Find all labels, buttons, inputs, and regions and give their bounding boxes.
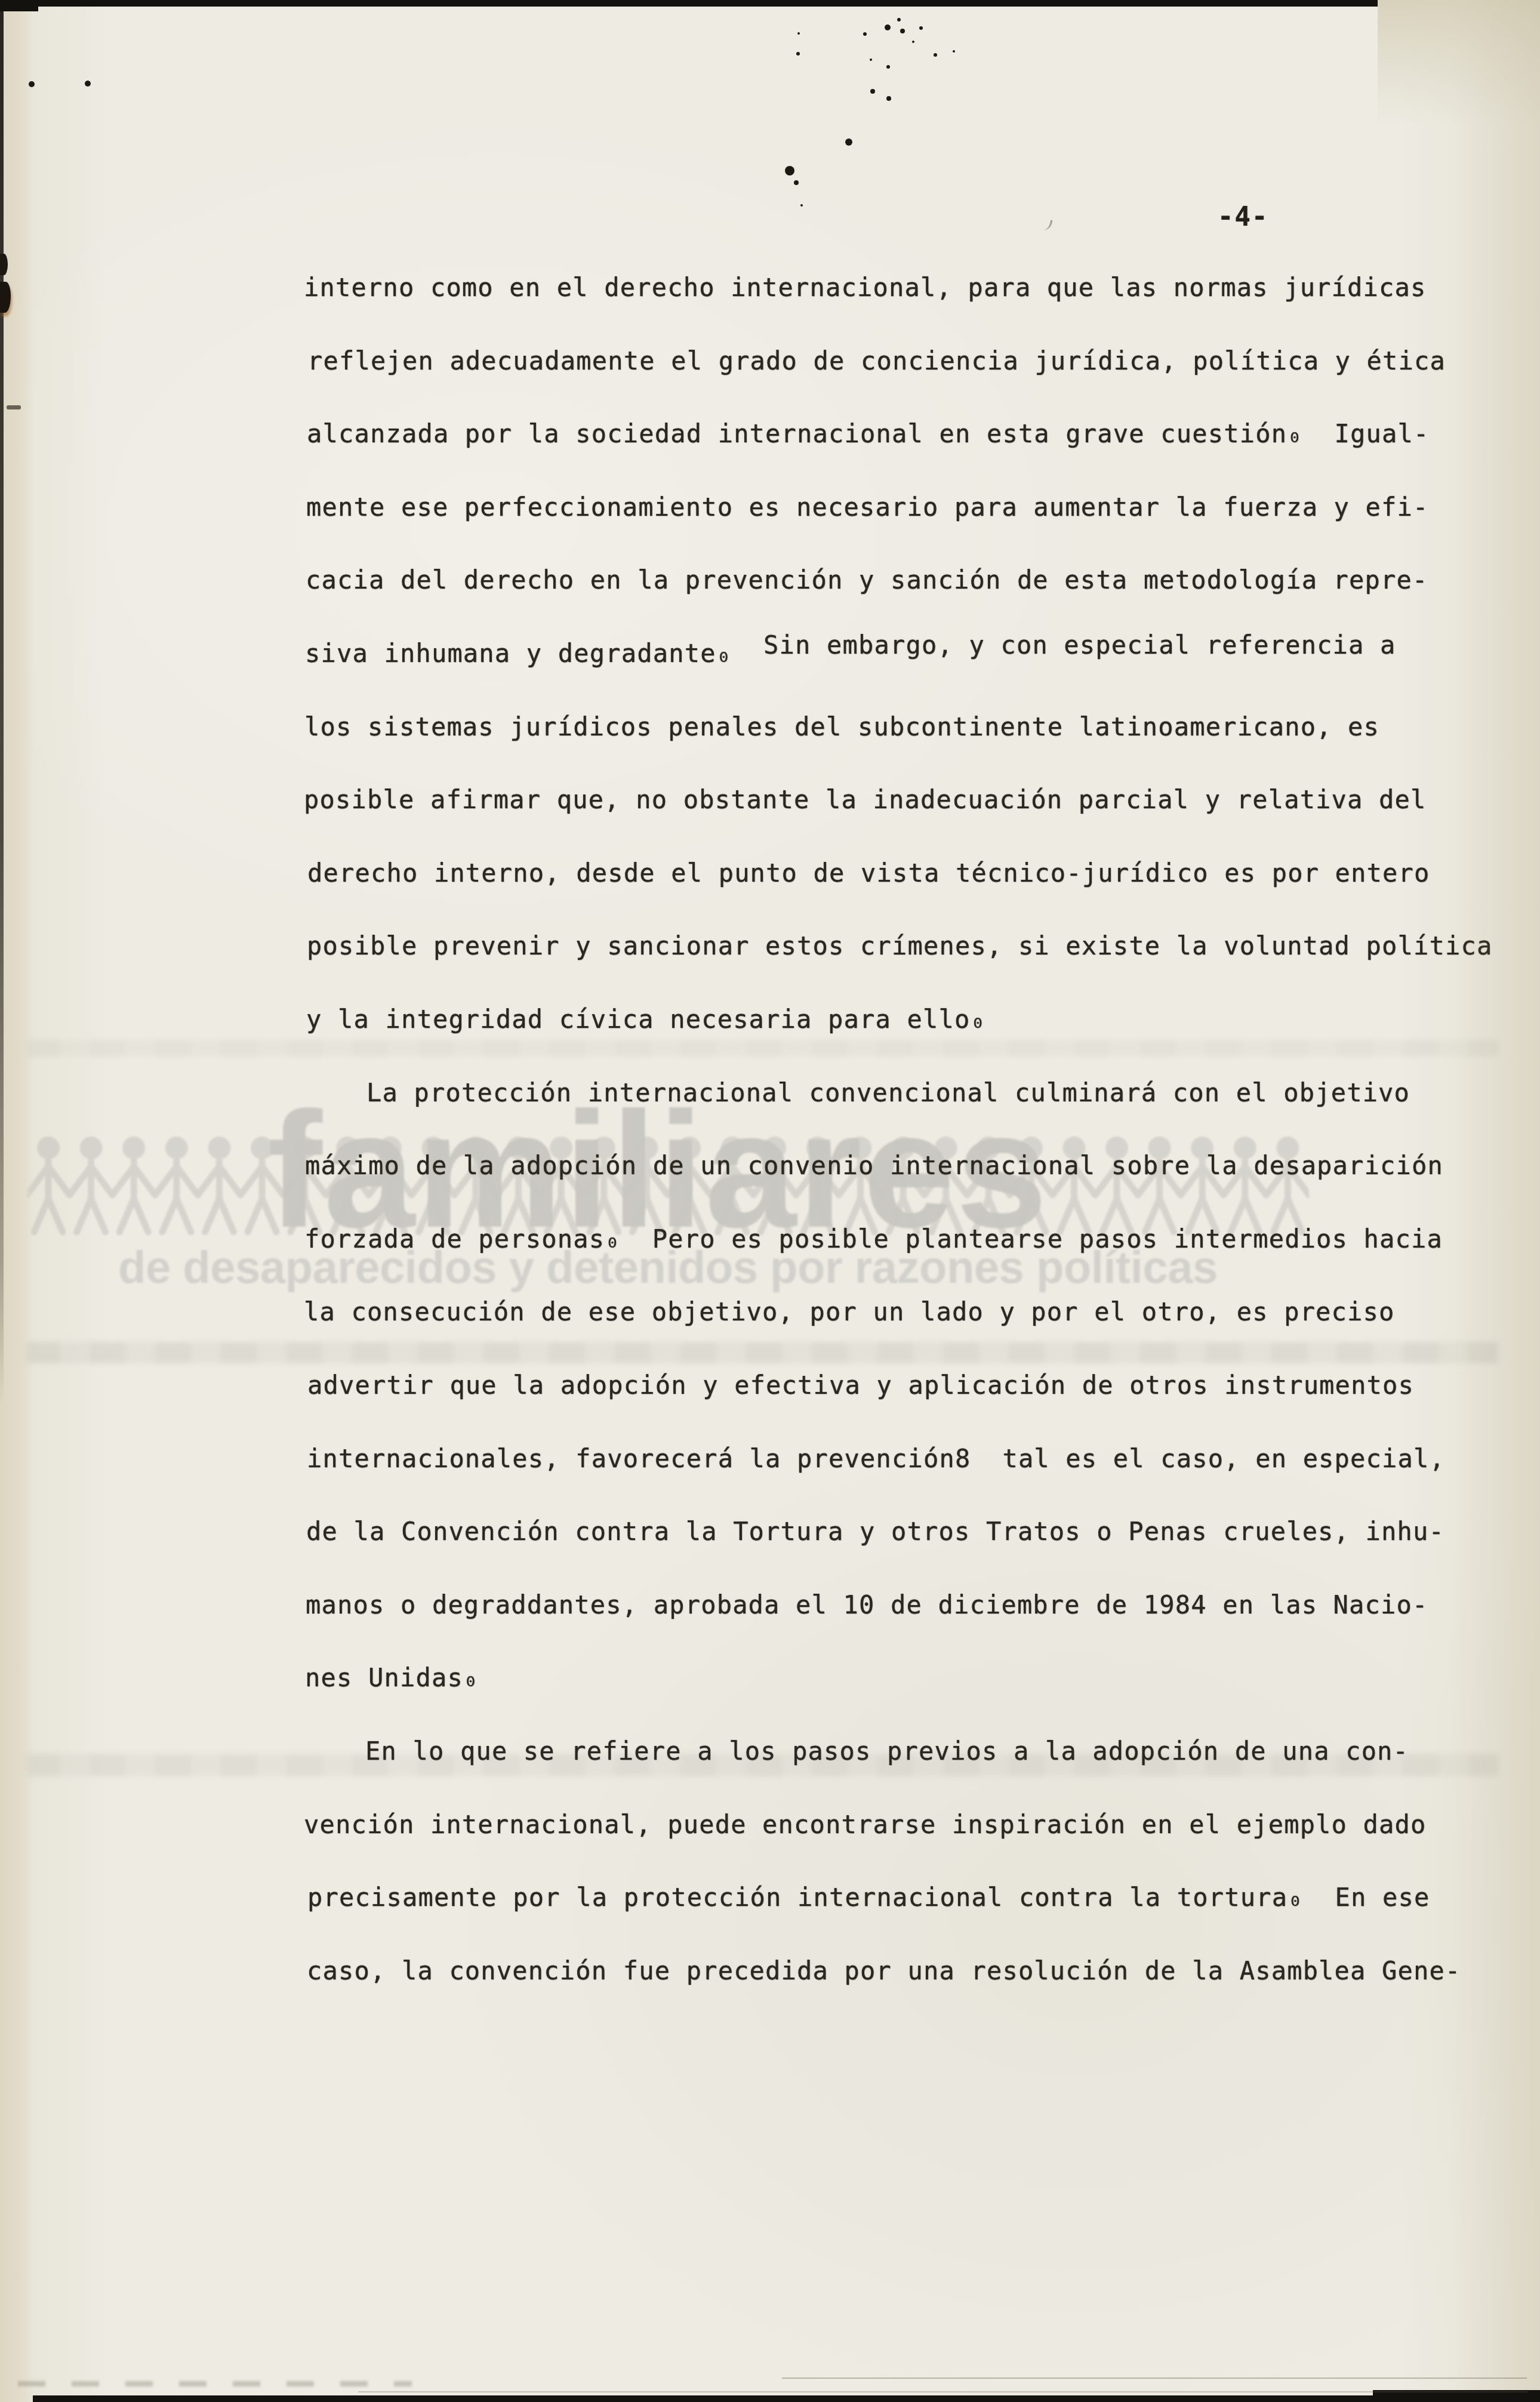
scanned-document-page: familiares de desaparecidos y detenidos … <box>0 0 1540 2402</box>
scan-left-edge-line <box>0 0 4 1403</box>
ink-speck <box>886 65 890 69</box>
ink-speck <box>845 138 852 146</box>
scan-faint-line <box>358 2391 1528 2392</box>
ink-speck <box>919 26 923 30</box>
typed-line: manos o degraddantes, aprobada el 10 de … <box>306 1591 1428 1619</box>
typed-line: mente ese perfeccionamiento es necesario… <box>306 494 1429 521</box>
ink-speck <box>900 29 905 33</box>
ink-speck <box>870 58 872 61</box>
typed-line: posible afirmar que, no obstante la inad… <box>304 786 1427 814</box>
typed-line: interno como en el derecho internacional… <box>304 274 1427 301</box>
ink-speck <box>797 32 800 35</box>
typed-line: alcanzada por la sociedad internacional … <box>307 420 1430 448</box>
typed-line: advertir que la adopción y efectiva y ap… <box>307 1372 1414 1399</box>
ink-speck <box>934 53 937 57</box>
typed-line: siva inhumana y degradante₀ Sin embargo,… <box>305 640 1396 667</box>
typed-line: vención internacional, puede encontrarse… <box>304 1811 1427 1839</box>
ink-speck <box>785 166 794 175</box>
typed-line: caso, la convención fue precedida por un… <box>307 1957 1461 1985</box>
typed-line: La protección internacional convencional… <box>366 1079 1410 1107</box>
ink-speck <box>863 32 867 36</box>
ink-speck <box>796 52 800 56</box>
scan-right-edge-shade <box>1450 0 1540 2402</box>
scan-left-paper-edge <box>0 0 35 2402</box>
ink-speck <box>886 96 891 101</box>
scan-top-edge-bar-corner <box>0 0 38 11</box>
typed-line: forzada de personas₀ Pero es posible pla… <box>304 1225 1443 1253</box>
typed-line: En lo que se refiere a los pasos previos… <box>365 1738 1409 1765</box>
ink-speck <box>794 180 799 185</box>
ink-speck <box>870 89 875 94</box>
ink-speck <box>897 18 901 21</box>
typed-line: los sistemas jurídicos penales del subco… <box>304 713 1379 741</box>
typed-line: máximo de la adopción de un convenio int… <box>305 1152 1443 1180</box>
ink-speck <box>912 41 914 43</box>
ink-speck <box>800 204 803 207</box>
typed-line: posible prevenir y sancionar estos críme… <box>307 932 1492 960</box>
typed-line: nes Unidas₀ <box>305 1664 479 1692</box>
ink-blob <box>0 254 8 275</box>
typed-line: reflejen adecuadamente el grado de conci… <box>307 347 1446 375</box>
typed-line: cacia del derecho en la prevención y san… <box>306 566 1428 594</box>
typed-line: de la Convención contra la Tortura y otr… <box>306 1518 1444 1545</box>
scan-top-edge-bar <box>0 0 1378 7</box>
typed-text-layer: interno como en el derecho internacional… <box>0 0 1540 2402</box>
typed-line: y la integridad cívica necesaria para el… <box>306 1006 986 1033</box>
scan-bottom-edge-bar <box>33 2395 1540 2402</box>
scan-scratch-line <box>782 2378 1527 2379</box>
typed-line: la consecución de ese objetivo, por un l… <box>304 1298 1395 1326</box>
ink-speck <box>953 50 955 53</box>
scan-smudge-row <box>18 2381 412 2386</box>
typed-line: internacionales, favorecerá la prevenció… <box>307 1445 1445 1473</box>
ink-speck <box>885 24 891 30</box>
ink-speck <box>29 81 35 87</box>
typed-line: precisamente por la protección internaci… <box>307 1884 1430 1911</box>
typed-line: derecho interno, desde el punto de vista… <box>307 860 1430 887</box>
ink-speck <box>85 81 91 87</box>
ink-dash <box>7 405 21 409</box>
